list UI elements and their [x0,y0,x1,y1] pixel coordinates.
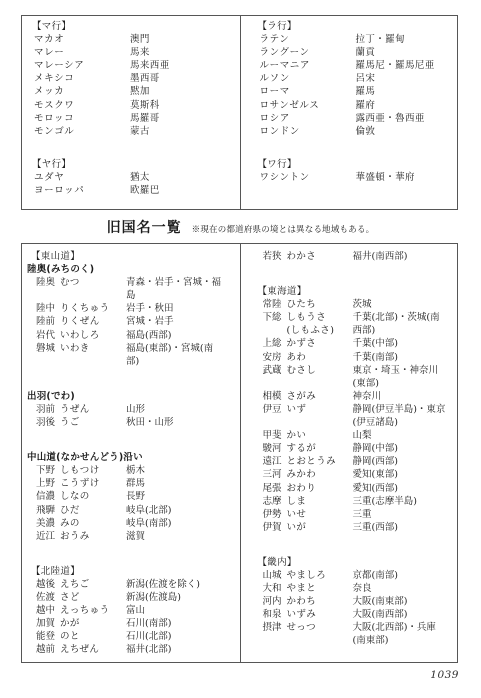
kana-row-header: 【ラ行】 [258,20,453,33]
province-kanji: 安房 [263,351,287,364]
province-row: 陸中りくちゅう岩手・秋田 [31,302,236,315]
province-prefectures: 長野 [126,490,221,503]
kanji-transliteration: 猶太 [130,171,235,184]
province-kana: りくちゅう [60,302,126,315]
province-kanji: 山城 [263,569,287,582]
province-kana-reading: わかさ [287,250,353,263]
province-kana-reading: やましろ [287,569,353,582]
province-row: 常陸ひたち茨城 [258,298,454,311]
province-kana: せっつ [287,621,353,647]
province-prefectures: 三重 [353,508,448,521]
province-prefectures: 千葉(中部) [353,337,448,350]
province-kana: えちご [60,578,126,591]
province-kana: しもうさ(しもふさ) [287,311,353,337]
foreign-name-row: マレーシア馬来西亜 [32,59,235,72]
province-kana: わかさ [287,250,353,263]
province-kana-reading: せっつ [287,621,353,634]
province-kana: いずみ [287,608,353,621]
kanji-transliteration: 蘭貢 [356,46,453,59]
province-prefectures: 石川(北部) [126,630,221,643]
section-heading: 旧国名一覧 ※現在の都道府県の境とは異なる地域もある。 [0,217,481,237]
province-kana: かずさ [287,337,353,350]
province-kana-reading: とおとうみ [287,455,353,468]
province-prefectures: 大阪(南西部) [353,608,448,621]
foreign-name: マレー [34,46,130,59]
province-kana-reading: えっちゅう [60,604,126,617]
foreign-name-row: モロッコ馬羅哥 [32,112,235,125]
province-kana-reading: かい [287,429,353,442]
province-kanji: 河内 [263,595,287,608]
province-kana: いが [287,521,353,534]
kanji-transliteration: 莫斯科 [130,99,235,112]
book-page: 【マ行】マカオ澳門マレー馬来マレーシア馬来西亜メキシコ墨西哥メッカ黙加モスクワ莫… [0,0,481,698]
province-prefectures: 山梨 [353,429,448,442]
province-kana-reading: かわち [287,595,353,608]
province-kanji: 武蔵 [263,364,287,390]
province-kana: しもつけ [60,464,126,477]
province-kanji: 上総 [263,337,287,350]
kana-row-header: 【ワ行】 [258,158,453,171]
province-kana-reading: のと [60,630,126,643]
province-kana-reading: しもつけ [60,464,126,477]
province-row: 岩代いわしろ福島(西部) [31,329,236,342]
province-prefectures: 山形 [126,403,221,416]
province-kana-reading: するが [287,442,353,455]
province-prefectures: 福島(西部) [126,329,221,342]
province-kana-reading: しなの [60,490,126,503]
province-prefectures: 群馬 [126,477,221,490]
province-kana-reading: いわき [60,342,126,355]
kanji-transliteration: 羅馬尼・羅馬尼亜 [356,59,453,72]
province-kana: いず [287,403,353,429]
kanji-transliteration: 華盛頓・華府 [356,171,453,184]
foreign-name-row: ローマ羅馬 [258,85,453,98]
province-row: 伊勢いせ三重 [258,508,454,521]
province-kana: みかわ [287,468,353,481]
province-kana-reading: さど [60,591,126,604]
foreign-name: ラングーン [260,46,356,59]
foreign-names-right-column: 【ラ行】ラテン拉丁・羅甸ラングーン蘭貢ルーマニア羅馬尼・羅馬尼亜ルソン呂宋ローマ… [240,16,458,209]
province-kana-reading: りくぜん [60,315,126,328]
province-kana-reading: うぜん [60,403,126,416]
province-kana-reading: みかわ [287,468,353,481]
province-kana-reading: かずさ [287,337,353,350]
province-prefectures: 京都(南部) [353,569,448,582]
province-prefectures: 三重(西部) [353,521,448,534]
province-kanji: 上野 [36,477,60,490]
kanji-transliteration: 馬来 [130,46,235,59]
province-prefectures: 奈良 [353,582,448,595]
kana-row-header: 【マ行】 [32,20,235,33]
province-kana: えっちゅう [60,604,126,617]
province-kanji: 美濃 [36,517,60,530]
province-row: 佐渡さど新潟(佐渡島) [31,591,236,604]
province-prefectures: 愛知(東部) [353,468,448,481]
province-kanji: 大和 [263,582,287,595]
province-row: 安房あわ千葉(南部) [258,351,454,364]
province-row: 河内かわち大阪(南東部) [258,595,454,608]
province-kanji: 伊賀 [263,521,287,534]
province-row: 若狭わかさ福井(南西部) [258,250,454,263]
province-kana: さど [60,591,126,604]
province-kanji: 下総 [263,311,287,337]
foreign-name-row: メキシコ墨西哥 [32,72,235,85]
province-kanji: 信濃 [36,490,60,503]
province-kana-reading: りくちゅう [60,302,126,315]
province-kanji: 陸奥 [36,276,60,302]
province-prefectures: 滋賀 [126,530,221,543]
province-kana: いせ [287,508,353,521]
province-prefectures: 静岡(伊豆半島)・東京(伊豆諸島) [353,403,448,429]
province-group-header: 出羽(でわ) [27,390,236,403]
province-row: 三河みかわ愛知(東部) [258,468,454,481]
province-kana: おうみ [60,530,126,543]
province-kanji: 伊豆 [263,403,287,429]
province-prefectures: 大阪(南東部) [353,595,448,608]
foreign-name: モンゴル [34,125,130,138]
kana-row-section: 【ワ行】ワシントン華盛頓・華府 [258,158,453,184]
province-prefectures: 千葉(北部)・茨城(南西部) [353,311,448,337]
province-kana-reading: いず [287,403,353,416]
province-kanji: 甲斐 [263,429,287,442]
province-kanji: 越後 [36,578,60,591]
province-prefectures: 新潟(佐渡を除く) [126,578,221,591]
province-kana: むつ [60,276,126,302]
province-kanji: 和泉 [263,608,287,621]
foreign-name: モスクワ [34,99,130,112]
province-row: 大和やまと奈良 [258,582,454,595]
province-kanji: 伊勢 [263,508,287,521]
province-kanji: 下野 [36,464,60,477]
route-section-header: 【東山道】 [31,250,236,263]
province-row: 上野こうずけ群馬 [31,477,236,490]
province-row: 伊豆いず静岡(伊豆半島)・東京(伊豆諸島) [258,403,454,429]
province-prefectures: 岩手・秋田 [126,302,221,315]
province-kanji: 能登 [36,630,60,643]
foreign-name-row: マレー馬来 [32,46,235,59]
kanji-transliteration: 黙加 [130,85,235,98]
province-row: 下総しもうさ(しもふさ)千葉(北部)・茨城(南西部) [258,311,454,337]
foreign-name-row: ラングーン蘭貢 [258,46,453,59]
province-kana-reading: むつ [60,276,126,289]
province-row: 美濃みの岐阜(南部) [31,517,236,530]
province-kanji: 遠江 [263,455,287,468]
province-kana: えちぜん [60,643,126,656]
page-title: 旧国名一覧 [107,217,182,237]
foreign-name: ロンドン [260,125,356,138]
province-kana-reading: いが [287,521,353,534]
province-prefectures: 秋田・山形 [126,416,221,429]
province-kana-reading: うご [60,416,126,429]
foreign-name-row: マカオ澳門 [32,33,235,46]
province-kana-reading: しま [287,495,353,508]
page-note: ※現在の都道府県の境とは異なる地域もある。 [192,223,375,235]
province-kana: かが [60,617,126,630]
province-row: 武蔵むさし東京・埼玉・神奈川(東部) [258,364,454,390]
foreign-name: マカオ [34,33,130,46]
province-prefectures: 東京・埼玉・神奈川(東部) [353,364,448,390]
province-prefectures: 福井(南西部) [353,250,448,263]
province-row: 越後えちご新潟(佐渡を除く) [31,578,236,591]
province-group-header: 中山道(なかせんどう)沿い [27,451,236,464]
foreign-names-table: 【マ行】マカオ澳門マレー馬来マレーシア馬来西亜メキシコ墨西哥メッカ黙加モスクワ莫… [21,15,458,210]
province-kana: かわち [287,595,353,608]
province-prefectures: 大阪(北西部)・兵庫(南東部) [353,621,448,647]
provinces-right-column: 若狭わかさ福井(南西部)【東海道】常陸ひたち茨城下総しもうさ(しもふさ)千葉(北… [240,244,458,662]
province-kana-reading: みの [60,517,126,530]
province-kana: さがみ [287,390,353,403]
province-row: 羽後うご秋田・山形 [31,416,236,429]
province-kana: りくぜん [60,315,126,328]
province-kanji: 駿河 [263,442,287,455]
province-kanji: 佐渡 [36,591,60,604]
foreign-name: ルーマニア [260,59,356,72]
province-kana-reading: ひだ [60,504,126,517]
province-kanji: 摂津 [263,621,287,647]
kanji-transliteration: 澳門 [130,33,235,46]
kanji-transliteration: 蒙古 [130,125,235,138]
province-row: 下野しもつけ栃木 [31,464,236,477]
province-kanji: 越前 [36,643,60,656]
province-kana: やましろ [287,569,353,582]
province-prefectures: 岐阜(南部) [126,517,221,530]
province-kana: うぜん [60,403,126,416]
province-prefectures: 栃木 [126,464,221,477]
foreign-name: メッカ [34,85,130,98]
foreign-name: ロシア [260,112,356,125]
foreign-name-row: ロサンゼルス羅府 [258,99,453,112]
province-kana: おわり [287,482,353,495]
foreign-name-row: ワシントン華盛頓・華府 [258,171,453,184]
province-row: 甲斐かい山梨 [258,429,454,442]
kanji-transliteration: 羅馬 [356,85,453,98]
kanji-transliteration: 呂宋 [356,72,453,85]
foreign-name: モロッコ [34,112,130,125]
province-kanji: 陸中 [36,302,60,315]
province-kanji: 若狭 [263,250,287,263]
kanji-transliteration: 羅府 [356,99,453,112]
province-row: 陸前りくぜん宮城・岩手 [31,315,236,328]
kana-row-section: 【ラ行】ラテン拉丁・羅甸ラングーン蘭貢ルーマニア羅馬尼・羅馬尼亜ルソン呂宋ローマ… [258,20,453,138]
province-prefectures: 青森・岩手・宮城・福島 [126,276,221,302]
page-number: 1039 [430,669,459,681]
province-kana-reading: しもうさ [287,311,353,324]
foreign-name: ラテン [260,33,356,46]
province-kanji: 羽後 [36,416,60,429]
province-prefectures: 岐阜(北部) [126,504,221,517]
foreign-name: ユダヤ [34,171,130,184]
province-row: 上総かずさ千葉(中部) [258,337,454,350]
province-prefectures: 静岡(西部) [353,455,448,468]
kana-row-section: 【ヤ行】ユダヤ猶太ヨーロッパ欧羅巴 [32,158,235,197]
province-prefectures: 富山 [126,604,221,617]
province-kanji: 近江 [36,530,60,543]
kana-row-header: 【ヤ行】 [32,158,235,171]
foreign-name-row: モンゴル蒙古 [32,125,235,138]
province-kana: むさし [287,364,353,390]
province-prefectures: 三重(志摩半島) [353,495,448,508]
province-kana: のと [60,630,126,643]
province-kana: いわき [60,342,126,368]
province-row: 越前えちぜん福井(北部) [31,643,236,656]
province-row: 信濃しなの長野 [31,490,236,503]
province-kana: ひだ [60,504,126,517]
foreign-name-row: ヨーロッパ欧羅巴 [32,184,235,197]
province-kanji: 志摩 [263,495,287,508]
kanji-transliteration: 墨西哥 [130,72,235,85]
province-kana: みの [60,517,126,530]
route-section-header: 【東海道】 [258,285,454,298]
province-kana-reading: ひたち [287,298,353,311]
province-prefectures: 福島(東部)・宮城(南部) [126,342,221,368]
province-kana-reading: かが [60,617,126,630]
province-prefectures: 茨城 [353,298,448,311]
province-kana-reading: えちぜん [60,643,126,656]
province-kana-reading: いせ [287,508,353,521]
province-kana: あわ [287,351,353,364]
province-row: 磐城いわき福島(東部)・宮城(南部) [31,342,236,368]
province-kana-reading: おうみ [60,530,126,543]
province-kana-alt: (しもふさ) [287,324,353,337]
province-row: 志摩しま三重(志摩半島) [258,495,454,508]
province-kanji: 陸前 [36,315,60,328]
route-section-header: 【北陸道】 [31,565,236,578]
province-prefectures: 愛知(西部) [353,482,448,495]
province-kana: するが [287,442,353,455]
kanji-transliteration: 欧羅巴 [130,184,235,197]
province-kana: しなの [60,490,126,503]
province-row: 加賀かが石川(南部) [31,617,236,630]
province-row: 近江おうみ滋賀 [31,530,236,543]
province-row: 山城やましろ京都(南部) [258,569,454,582]
route-section-header: 【畿内】 [258,556,454,569]
province-row: 飛騨ひだ岐阜(北部) [31,504,236,517]
province-kanji: 相模 [263,390,287,403]
foreign-names-left-column: 【マ行】マカオ澳門マレー馬来マレーシア馬来西亜メキシコ墨西哥メッカ黙加モスクワ莫… [22,16,240,209]
province-kanji: 尾張 [263,482,287,495]
kanji-transliteration: 拉丁・羅甸 [356,33,453,46]
province-kana-reading: あわ [287,351,353,364]
province-prefectures: 石川(南部) [126,617,221,630]
province-kanji: 加賀 [36,617,60,630]
province-kanji: 羽前 [36,403,60,416]
foreign-name: マレーシア [34,59,130,72]
province-kana-reading: おわり [287,482,353,495]
foreign-name-row: ユダヤ猶太 [32,171,235,184]
province-row: 能登のと石川(北部) [31,630,236,643]
kanji-transliteration: 馬羅哥 [130,112,235,125]
province-prefectures: 福井(北部) [126,643,221,656]
province-row: 駿河するが静岡(中部) [258,442,454,455]
foreign-name: ロサンゼルス [260,99,356,112]
foreign-name-row: ルソン呂宋 [258,72,453,85]
province-prefectures: 神奈川 [353,390,448,403]
province-kanji: 越中 [36,604,60,617]
foreign-name-row: ロンドン倫敦 [258,125,453,138]
province-kana: やまと [287,582,353,595]
foreign-name: ワシントン [260,171,356,184]
province-kana-reading: こうずけ [60,477,126,490]
province-kana-reading: いずみ [287,608,353,621]
province-kana-reading: いわしろ [60,329,126,342]
province-row: 陸奥むつ青森・岩手・宮城・福島 [31,276,236,302]
kanji-transliteration: 馬来西亜 [130,59,235,72]
province-prefectures: 宮城・岩手 [126,315,221,328]
province-row: 摂津せっつ大阪(北西部)・兵庫(南東部) [258,621,454,647]
province-prefectures: 新潟(佐渡島) [126,591,221,604]
province-row: 越中えっちゅう富山 [31,604,236,617]
province-kana-reading: むさし [287,364,353,377]
kanji-transliteration: 倫敦 [356,125,453,138]
province-group-header: 陸奥(みちのく) [27,263,236,276]
province-kanji: 岩代 [36,329,60,342]
province-kana: うご [60,416,126,429]
old-provinces-table: 【東山道】陸奥(みちのく)陸奥むつ青森・岩手・宮城・福島陸中りくちゅう岩手・秋田… [21,243,458,663]
foreign-name: メキシコ [34,72,130,85]
province-kanji: 磐城 [36,342,60,368]
foreign-name-row: モスクワ莫斯科 [32,99,235,112]
province-kana: しま [287,495,353,508]
foreign-name-row: ルーマニア羅馬尼・羅馬尼亜 [258,59,453,72]
province-kana-reading: さがみ [287,390,353,403]
province-kanji: 常陸 [263,298,287,311]
province-kana: ひたち [287,298,353,311]
province-prefectures: 千葉(南部) [353,351,448,364]
province-kanji: 三河 [263,468,287,481]
foreign-name: ローマ [260,85,356,98]
foreign-name-row: ロシア露西亜・魯西亜 [258,112,453,125]
kana-row-section: 【マ行】マカオ澳門マレー馬来マレーシア馬来西亜メキシコ墨西哥メッカ黙加モスクワ莫… [32,20,235,138]
provinces-left-column: 【東山道】陸奥(みちのく)陸奥むつ青森・岩手・宮城・福島陸中りくちゅう岩手・秋田… [22,244,240,662]
province-row: 尾張おわり愛知(西部) [258,482,454,495]
province-row: 和泉いずみ大阪(南西部) [258,608,454,621]
foreign-name-row: メッカ黙加 [32,85,235,98]
kanji-transliteration: 露西亜・魯西亜 [356,112,453,125]
province-row: 相模さがみ神奈川 [258,390,454,403]
province-kana-reading: えちご [60,578,126,591]
province-row: 伊賀いが三重(西部) [258,521,454,534]
foreign-name: ヨーロッパ [34,184,130,197]
province-row: 羽前うぜん山形 [31,403,236,416]
province-kana: とおとうみ [287,455,353,468]
province-kana: いわしろ [60,329,126,342]
foreign-name: ルソン [260,72,356,85]
province-row: 遠江とおとうみ静岡(西部) [258,455,454,468]
province-kana: こうずけ [60,477,126,490]
foreign-name-row: ラテン拉丁・羅甸 [258,33,453,46]
province-kanji: 飛騨 [36,504,60,517]
province-kana-reading: やまと [287,582,353,595]
province-kana: かい [287,429,353,442]
province-prefectures: 静岡(中部) [353,442,448,455]
